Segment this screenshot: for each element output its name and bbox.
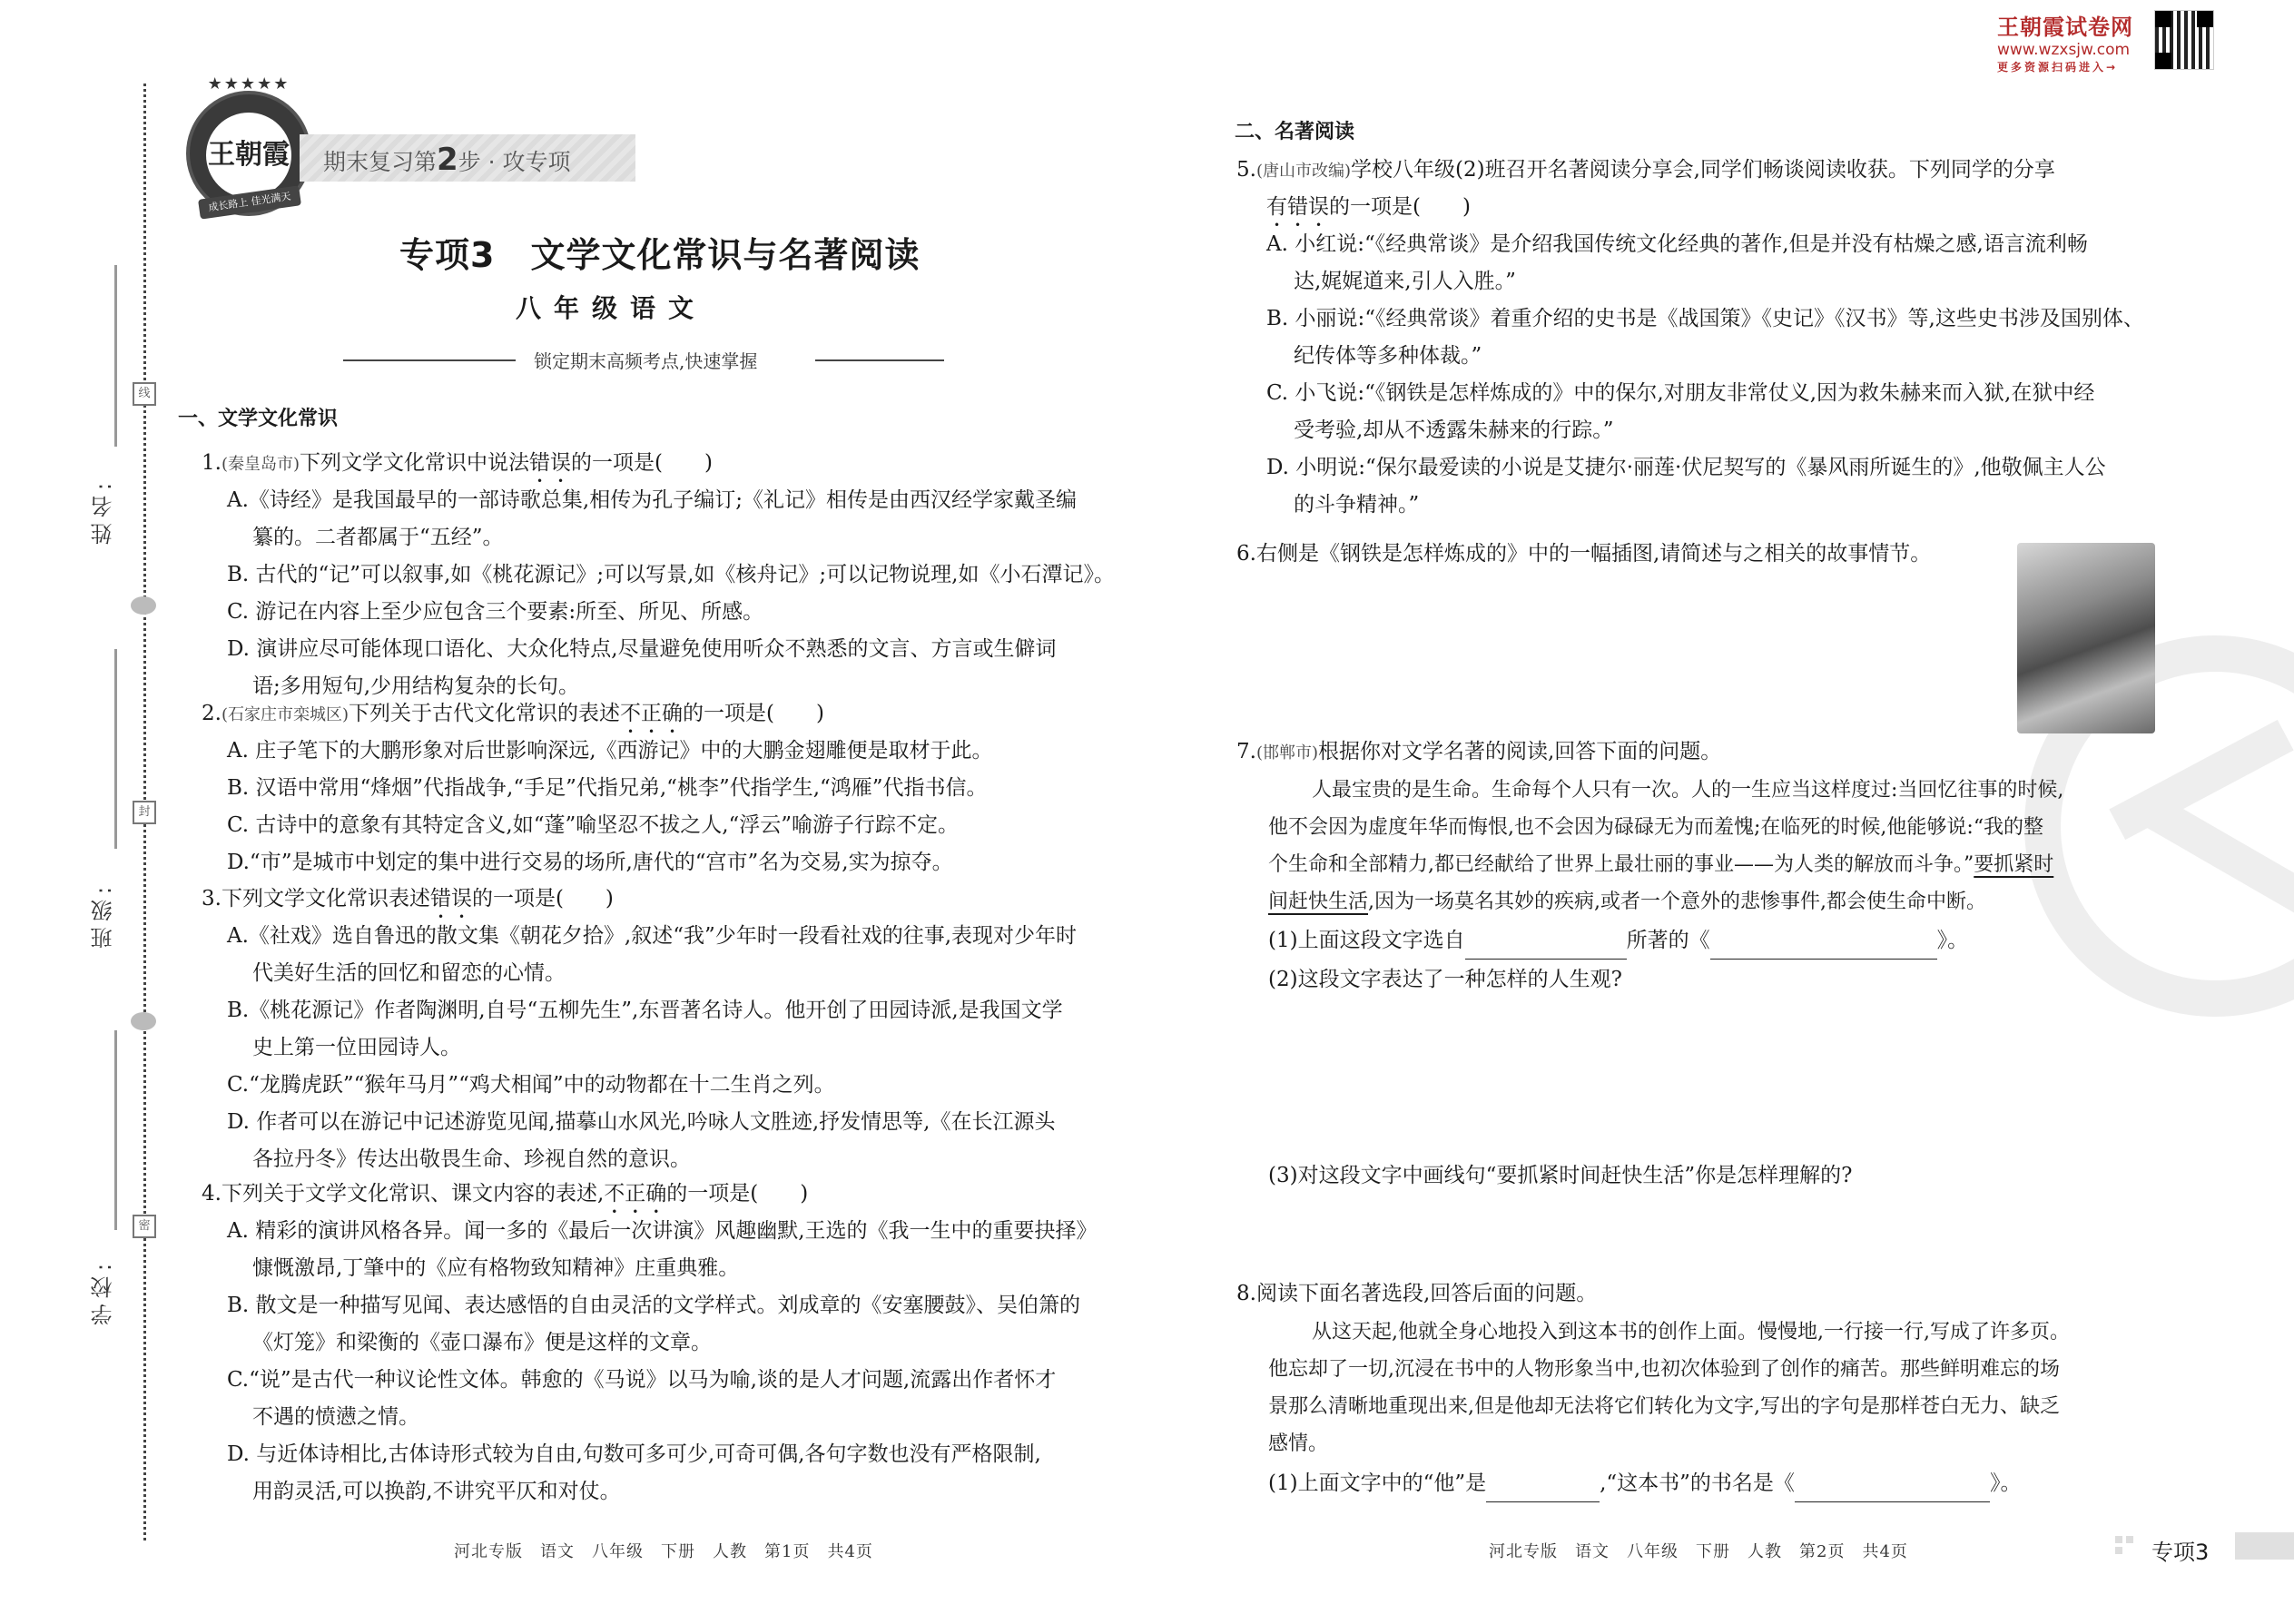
banner-suffix: 步 · 攻专项 [458, 149, 571, 175]
class-label: 班级: [87, 867, 123, 949]
q4-option-b-cont: 《灯笼》和梁衡的《壶口瀑布》便是这样的文章。 [252, 1324, 712, 1362]
q2-option-a[interactable]: A. 庄子笔下的大鹏形象对后世影响深远,《西游记》中的大鹏金翅雕便是取材于此。 [227, 733, 993, 770]
q3-option-a-cont: 代美好生活的回忆和留恋的心情。 [252, 955, 566, 992]
q7-passage-line: 个生命和全部精力,都已经献给了世界上最壮丽的事业——为人类的解放而斗争。”要抓紧… [1268, 846, 2053, 883]
question-6-stem: 6.右侧是《钢铁是怎样炼成的》中的一幅插图,请简述与之相关的故事情节。 [1236, 536, 1931, 573]
book-name-blank-input[interactable] [1795, 1478, 1990, 1502]
q3-option-d-cont: 各拉丹冬》传达出敬畏生命、珍视自然的意识。 [252, 1141, 691, 1178]
q8-sub1: (1)上面文字中的“他”是,“这本书”的书名是《》。 [1268, 1465, 2021, 1502]
q2-option-d[interactable]: D.“市”是城市中划定的集中进行交易的场所,唐代的“宫市”名为交易,实为掠夺。 [227, 844, 953, 881]
qr-code-icon[interactable] [2155, 11, 2213, 69]
section-heading-1: 一、文学文化常识 [178, 403, 338, 431]
section-heading-2: 二、名著阅读 [1235, 116, 1354, 144]
brand-name: 王朝霞试卷网 [1997, 9, 2133, 41]
q5-option-c[interactable]: C. 小飞说:“《钢铁是怎样炼成的》中的保尔,对朋友非常仗义,因为救朱赫来而入狱… [1266, 375, 2094, 412]
q7-sub3: (3)对这段文字中画线句“要抓紧时间赶快生活”你是怎样理解的? [1268, 1157, 1852, 1195]
q5-option-a-cont: 达,娓娓道来,引人入胜。” [1294, 263, 1516, 300]
q4-option-d-cont: 用韵灵活,可以换韵,不讲究平仄和对仗。 [252, 1473, 621, 1511]
q7-passage-line: 他不会因为虚度年华而悔恨,也不会因为碌碌无为而羞愧;在临死的时候,他能够说:“我… [1268, 809, 2043, 846]
school-label: 学校: [87, 1244, 123, 1325]
page-footer-right: 河北专版 语文 八年级 下册 人教 第2页 共4页 [1489, 1539, 1908, 1562]
underlined-sentence: 间赶快生活 [1268, 891, 1368, 913]
banner-step: 2 [437, 142, 458, 178]
q5-option-c-cont: 受考验,却从不透露朱赫来的行踪。” [1294, 412, 1614, 449]
question-5-stem-cont: 有错误的一项是( ) [1266, 189, 1471, 231]
q4-option-c[interactable]: C.“说”是古代一种议论性文体。韩愈的《马说》以马为喻,谈的是人才问题,流露出作… [227, 1362, 1056, 1399]
q5-option-d[interactable]: D. 小明说:“保尔最爱读的小说是艾捷尔·丽莲·伏尼契写的《暴风雨所诞生的》,他… [1266, 449, 2106, 487]
book-title-blank-input[interactable] [1710, 935, 1937, 960]
q7-passage-line: 间赶快生活,因为一场莫名其妙的疾病,或者一个意外的悲惨事件,都会使生命中断。 [1268, 883, 1986, 920]
q4-option-a-cont: 慷慨激昂,丁肇中的《应有格物致知精神》庄重典雅。 [252, 1250, 739, 1287]
seal-mark-xian: 线 [133, 382, 156, 406]
binding-hole-icon [131, 596, 156, 615]
brand-url[interactable]: www.wzxsjw.com [1997, 41, 2133, 59]
banner-prefix: 期末复习第 [323, 149, 437, 175]
illustration-image [2017, 543, 2155, 733]
divider [815, 359, 944, 361]
divider [343, 359, 516, 361]
q5-option-a[interactable]: A. 小红说:“《经典常谈》是介绍我国传统文化经典的著作,但是并没有枯燥之感,语… [1266, 226, 2088, 263]
seal-mark-feng: 封 [133, 801, 156, 824]
name-label: 姓名: [87, 463, 123, 545]
brand-header: 王朝霞试卷网 www.wzxsjw.com 更多资源扫码进入→ [1997, 9, 2133, 74]
q3-option-b[interactable]: B.《桃花源记》作者陶渊明,自号“五柳先生”,东晋著名诗人。他开创了田园诗派,是… [227, 992, 1063, 1029]
question-4-stem: 4.下列关于文学文化常识、课文内容的表述,不正确的一项是( ) [202, 1176, 808, 1218]
q8-passage-line: 他忘却了一切,沉浸在书中的人物形象当中,也初次体验到了创作的痛苦。那些鲜明难忘的… [1268, 1351, 2060, 1388]
page-title: 专项3 文学文化常识与名著阅读 [399, 227, 920, 277]
page-subtitle: 八年级语文 [516, 289, 706, 325]
stars-icon: ★★★★★ [190, 74, 308, 94]
name-field-line[interactable] [114, 265, 117, 447]
question-3-stem: 3.下列文学文化常识表述错误的一项是( ) [202, 881, 614, 923]
q8-passage-line: 景那么清晰地重现出来,但是他却无法将它们转化为文字,写出的字句是那样苍白无力、缺… [1268, 1388, 2060, 1425]
q4-option-a[interactable]: A. 精彩的演讲风格各异。闻一多的《最后一次讲演》风趣幽默,王选的《我一生中的重… [227, 1213, 1098, 1250]
question-2-stem: 2.(石家庄市栾城区)下列关于古代文化常识的表述不正确的一项是( ) [202, 695, 824, 738]
q5-option-b[interactable]: B. 小丽说:“《经典常谈》着重介绍的史书是《战国策》《史记》《汉书》等,这些史… [1266, 300, 2144, 338]
q3-option-c[interactable]: C.“龙腾虎跃”“猴年马月”“鸡犬相闻”中的动物都在十二生肖之列。 [227, 1067, 835, 1104]
q2-option-c[interactable]: C. 古诗中的意象有其特定含义,如“蓬”喻坚忍不拔之人,“浮云”喻游子行踪不定。 [227, 807, 959, 844]
character-blank-input[interactable] [1486, 1478, 1600, 1502]
seal-mark-mi: 密 [133, 1215, 156, 1238]
q2-option-b[interactable]: B. 汉语中常用“烽烟”代指战争,“手足”代指兄弟,“桃李”代指学生,“鸿雁”代… [227, 770, 988, 807]
logo-text: 王朝霞 [206, 113, 291, 198]
q3-option-a[interactable]: A.《社戏》选自鲁迅的散文集《朝花夕拾》,叙述“我”少年时一段看社戏的往事,表现… [227, 918, 1077, 955]
decor-square [2126, 1536, 2133, 1543]
underlined-sentence: 要抓紧时 [1974, 853, 2053, 876]
q7-sub1: (1)上面这段文字选自所著的《》。 [1268, 922, 1968, 960]
q7-sub3-answer-area[interactable] [1268, 1198, 2221, 1271]
question-7-stem: 7.(邯郸市)根据你对文学名著的阅读,回答下面的问题。 [1236, 733, 1721, 772]
q5-option-d-cont: 的斗争精神。” [1294, 487, 1419, 524]
q3-option-d[interactable]: D. 作者可以在游记中记述游览见闻,描摹山水风光,吟咏人文胜迹,抒发情思等,《在… [227, 1104, 1056, 1141]
q3-option-b-cont: 史上第一位田园诗人。 [252, 1029, 461, 1067]
q1-option-a-cont: 纂的。二者都属于“五经”。 [252, 519, 504, 556]
q1-option-a[interactable]: A.《诗经》是我国最早的一部诗歌总集,相传为孔子编订;《礼记》相传是由西汉经学家… [227, 482, 1077, 519]
q5-option-b-cont: 纪传体等多种体裁。” [1294, 338, 1482, 375]
question-5-stem: 5.(唐山市改编)学校八年级(2)班召开名著阅读分享会,同学们畅谈阅读收获。下列… [1236, 152, 2055, 190]
class-field-line[interactable] [114, 649, 117, 849]
question-1-stem: 1.(秦皇岛市)下列文学文化常识中说法错误的一项是( ) [202, 445, 713, 487]
binding-hole-icon [131, 1012, 156, 1030]
step-banner: 期末复习第2步 · 攻专项 [300, 134, 635, 182]
q1-option-b[interactable]: B. 古代的“记”可以叙事,如《桃花源记》;可以写景,如《核舟记》;可以记物说理… [227, 556, 1115, 594]
brand-hint: 更多资源扫码进入→ [1997, 59, 2133, 74]
q8-passage-line: 感情。 [1268, 1425, 1328, 1462]
q8-passage-line: 从这天起,他就全身心地投入到这本书的创作上面。慢慢地,一行接一行,写成了许多页。 [1312, 1314, 2070, 1351]
section-tab-label: 专项3 [2151, 1534, 2209, 1566]
publisher-logo: ★★★★★ 王朝霞 成长路上 佳光满天 [186, 91, 311, 216]
section-tab: 专项3 [2106, 1532, 2294, 1560]
q7-passage-line: 人最宝贵的是生命。生命每个人只有一次。人的一生应当这样度过:当回忆往事的时候, [1312, 772, 2063, 809]
author-blank-input[interactable] [1465, 935, 1627, 960]
q4-option-d[interactable]: D. 与近体诗相比,古体诗形式较为自由,句数可多可少,可奇可偶,各句字数也没有严… [227, 1436, 1041, 1473]
page-footer-left: 河北专版 语文 八年级 下册 人教 第1页 共4页 [454, 1539, 873, 1562]
q4-option-b[interactable]: B. 散文是一种描写见闻、表达感悟的自由灵活的文学样式。刘成章的《安塞腰鼓》、吴… [227, 1287, 1080, 1324]
q1-option-c[interactable]: C. 游记在内容上至少应包含三个要素:所至、所见、所感。 [227, 594, 763, 631]
question-8-stem: 8.阅读下面名著选段,回答后面的问题。 [1236, 1275, 1597, 1313]
decor-square [2115, 1547, 2122, 1554]
tagline: 锁定期末高频考点,快速掌握 [534, 347, 757, 373]
q7-sub2-answer-area[interactable] [1268, 1002, 2221, 1156]
q7-sub2: (2)这段文字表达了一种怎样的人生观? [1268, 961, 1622, 999]
tab-bar [2235, 1532, 2294, 1560]
q1-option-d[interactable]: D. 演讲应尽可能体现口语化、大众化特点,尽量避免使用听众不熟悉的文言、方言或生… [227, 631, 1057, 668]
q4-option-c-cont: 不遇的愤懑之情。 [252, 1399, 419, 1436]
school-field-line[interactable] [114, 1030, 117, 1230]
tagline-row: 锁定期末高频考点,快速掌握 [343, 347, 944, 374]
decor-square [2115, 1536, 2122, 1543]
